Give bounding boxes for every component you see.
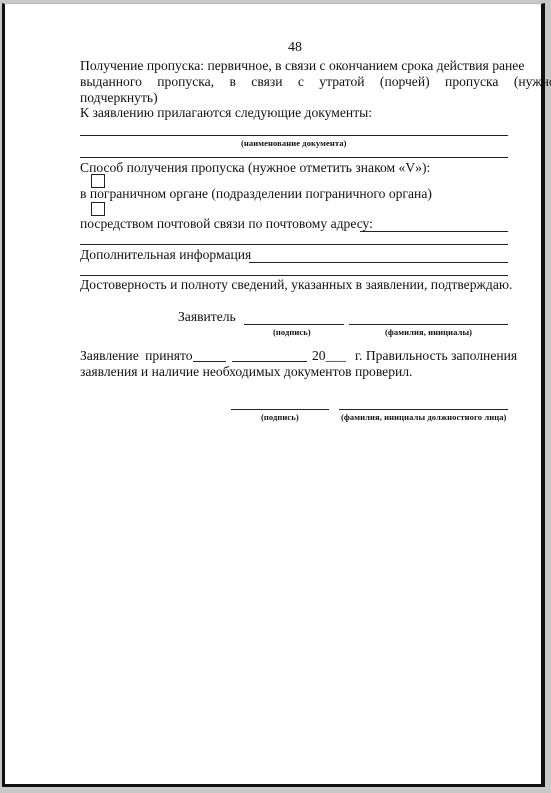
applicant-label: Заявитель: [178, 309, 236, 325]
intro-line-1: Получение пропуска: первичное, в связи с…: [80, 58, 508, 74]
official-name-caption: (фамилия, инициалы должностного лица): [341, 412, 507, 422]
applicant-signature-caption: (подпись): [273, 327, 311, 337]
official-signature-line[interactable]: [231, 409, 329, 410]
option-postal-label: посредством почтовой связи по почтовому …: [80, 216, 373, 232]
official-name-line[interactable]: [339, 409, 508, 410]
accepted-month-line[interactable]: [232, 361, 307, 362]
additional-info-label: Дополнительная информация: [80, 247, 251, 263]
accepted-line-1-start: Заявление принято: [80, 348, 193, 364]
option-border-office-label: в пограничном органе (подразделении погр…: [80, 186, 432, 202]
intro-line-3: подчеркнуть): [80, 90, 158, 106]
page-number: 48: [288, 40, 302, 56]
documents-label: К заявлению прилагаются следующие докуме…: [80, 105, 372, 121]
accepted-line-1-end: г. Правильность заполнения: [355, 348, 508, 364]
additional-info-line-2[interactable]: [80, 275, 508, 276]
document-page: 48 Получение пропуска: первичное, в связ…: [2, 3, 545, 787]
additional-info-line[interactable]: [249, 262, 508, 263]
official-signature-caption: (подпись): [261, 412, 299, 422]
postal-address-line[interactable]: [360, 231, 508, 232]
confirmation-text: Достоверность и полноту сведений, указан…: [80, 277, 512, 293]
documents-field-line[interactable]: [80, 135, 508, 136]
documents-caption: (наименование документа): [241, 138, 347, 148]
accepted-day-line[interactable]: [193, 361, 226, 362]
accepted-year: 20___: [312, 348, 346, 364]
documents-field-line-2[interactable]: [80, 157, 508, 158]
accepted-line-2: заявления и наличие необходимых документ…: [80, 364, 412, 380]
postal-address-line-2[interactable]: [80, 244, 508, 245]
checkbox-postal[interactable]: [91, 202, 105, 216]
applicant-name-caption: (фамилия, инициалы): [385, 327, 472, 337]
applicant-name-line[interactable]: [349, 324, 508, 325]
applicant-signature-line[interactable]: [244, 324, 344, 325]
method-label: Способ получения пропуска (нужное отмети…: [80, 160, 430, 176]
intro-line-2: выданного пропуска, в связи с утратой (п…: [80, 74, 508, 90]
